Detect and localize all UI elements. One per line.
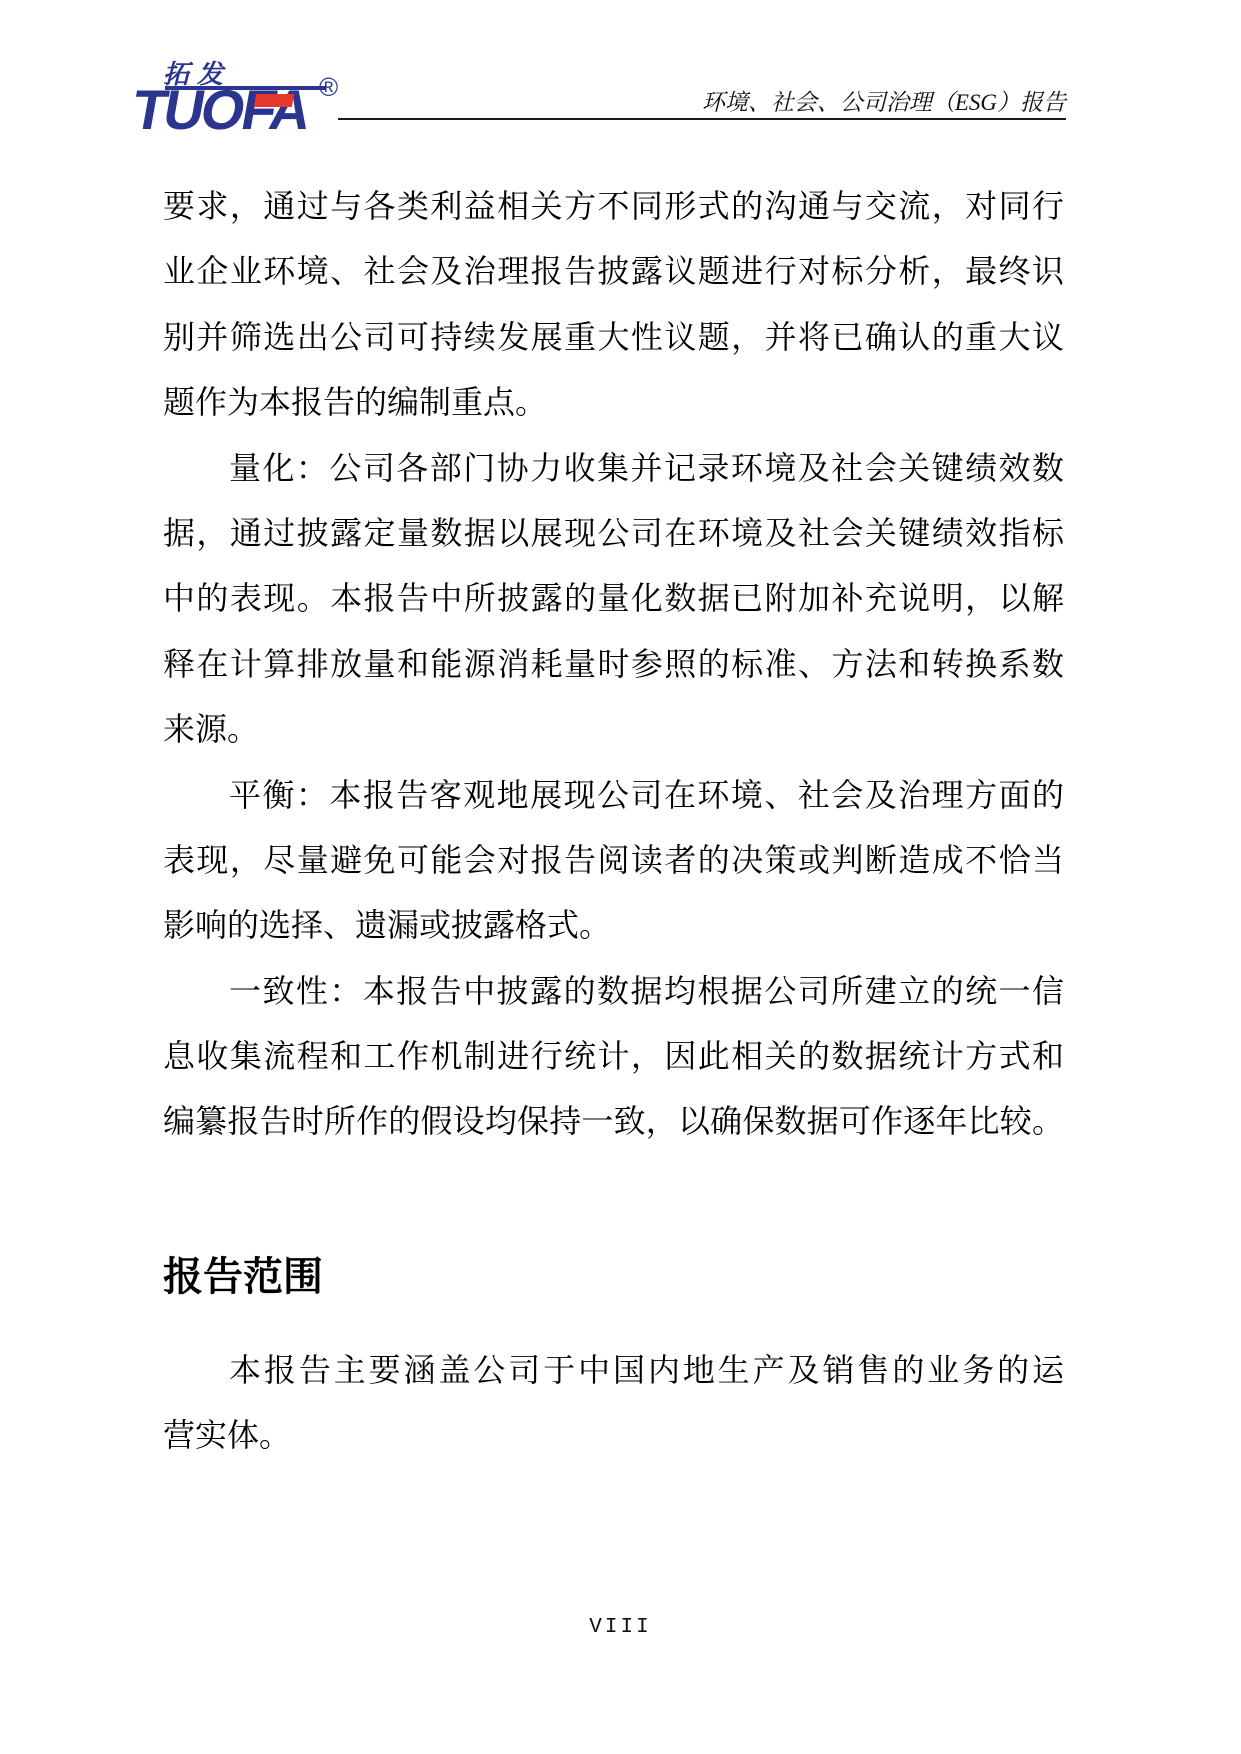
text-line: 编纂报告时所作的假设均保持一致，以确保数据可作逐年比较。	[163, 1089, 1064, 1154]
page-number: VIII	[0, 1616, 1241, 1639]
tuofa-logo: 拓发 TUOFA ®	[133, 56, 368, 146]
text-line: 要求，通过与各类利益相关方不同形式的沟通与交流，对同行	[163, 174, 1064, 239]
text-line: 表现，尽量避免可能会对报告阅读者的决策或判断造成不恰当	[163, 828, 1064, 893]
text-line: 来源。	[163, 697, 1064, 762]
text-line: 业企业环境、社会及治理报告披露议题进行对标分析，最终识	[163, 239, 1064, 304]
text-line: 营实体。	[163, 1403, 1064, 1468]
running-header-title: 环境、社会、公司治理（ESG）报告	[702, 84, 1066, 117]
header-rule	[338, 118, 1066, 120]
text-line: 平衡：本报告客观地展现公司在环境、社会及治理方面的	[163, 763, 1064, 828]
body-text: 要求，通过与各类利益相关方不同形式的沟通与交流，对同行 业企业环境、社会及治理报…	[163, 174, 1064, 1469]
text-line: 中的表现。本报告中所披露的量化数据已附加补充说明，以解	[163, 566, 1064, 631]
text-line: 息收集流程和工作机制进行统计，因此相关的数据统计方式和	[163, 1024, 1064, 1089]
registered-trademark-icon: ®	[319, 72, 338, 103]
document-page: 拓发 TUOFA ® 环境、社会、公司治理（ESG）报告 要求，通过与各类利益相…	[0, 0, 1241, 1754]
text-line: 量化：公司各部门协力收集并记录环境及社会关键绩效数	[163, 436, 1064, 501]
logo-wordmark: TUOFA	[128, 82, 313, 138]
text-line: 别并筛选出公司可持续发展重大性议题，并将已确认的重大议	[163, 305, 1064, 370]
text-line: 据，通过披露定量数据以展现公司在环境及社会关键绩效指标	[163, 501, 1064, 566]
section-heading-report-scope: 报告范围	[163, 1251, 1064, 1303]
text-line: 本报告主要涵盖公司于中国内地生产及销售的业务的运	[163, 1338, 1064, 1403]
text-line: 释在计算排放量和能源消耗量时参照的标准、方法和转换系数	[163, 632, 1064, 697]
logo-red-bar	[254, 94, 294, 107]
text-line: 题作为本报告的编制重点。	[163, 370, 1064, 435]
text-line: 一致性：本报告中披露的数据均根据公司所建立的统一信	[163, 959, 1064, 1024]
text-line: 影响的选择、遗漏或披露格式。	[163, 893, 1064, 958]
